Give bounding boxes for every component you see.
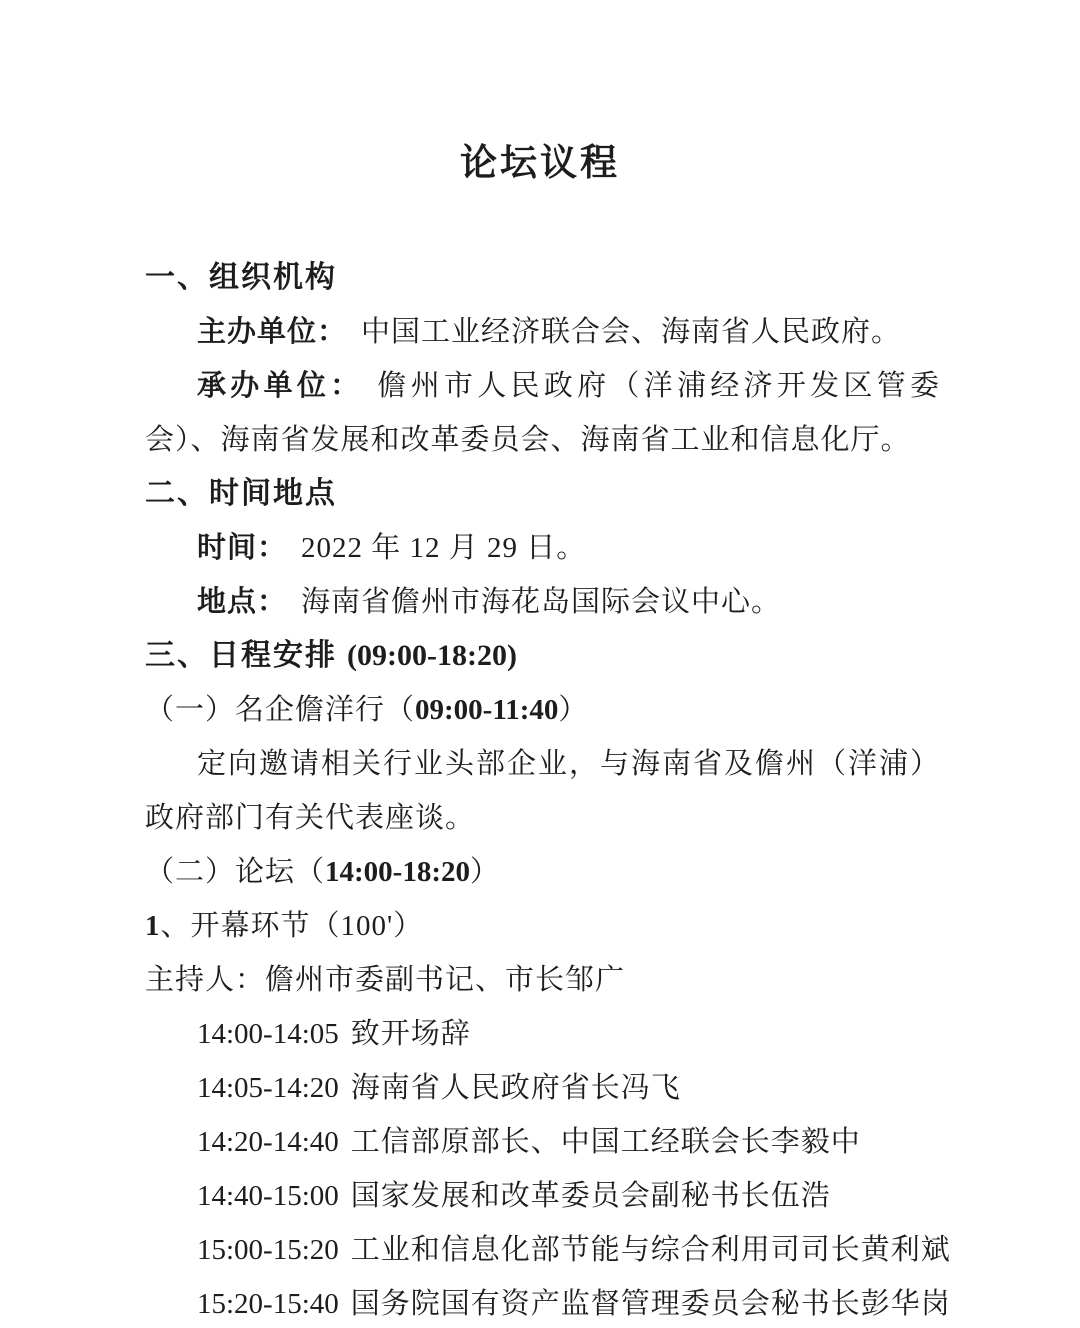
section-heading-organization: 一、组织机构 — [145, 251, 940, 305]
schedule-time: 15:20-15:40 — [197, 1288, 339, 1320]
opening-session-title: 1、开幕环节（100'） — [145, 899, 940, 953]
schedule-line: 15:20-15:40国务院国有资产监督管理委员会秘书长彭华岗 — [145, 1277, 940, 1328]
part2-label-suffix: ） — [470, 856, 500, 888]
venue-line: 地点：海南省儋州市海花岛国际会议中心。 — [145, 575, 940, 629]
part1-description: 定向邀请相关行业头部企业，与海南省及儋州（洋浦）政府部门有关代表座谈。 — [145, 737, 940, 845]
venue-label: 地点： — [197, 586, 287, 618]
schedule-line: 15:00-15:20工业和信息化部节能与综合利用司司长黄利斌 — [145, 1223, 940, 1277]
organizer-value: 中国工业经济联合会、海南省人民政府。 — [361, 316, 901, 348]
schedule-time: 14:00-14:05 — [197, 1018, 339, 1050]
part1-label-prefix: （一）名企儋洋行（ — [145, 694, 415, 726]
part1-time: 09:00-11:40 — [415, 694, 558, 726]
section-heading-agenda: 三、日程安排(09:00-18:20) — [145, 629, 940, 683]
schedule-text: 工业和信息化部节能与综合利用司司长黄利斌 — [351, 1234, 951, 1266]
organizer-label: 主办单位： — [197, 316, 347, 348]
document-page: 论坛议程 一、组织机构 主办单位：中国工业经济联合会、海南省人民政府。 承办单位… — [0, 0, 1080, 1328]
schedule-time: 14:20-14:40 — [197, 1126, 339, 1158]
co-organizer-label: 承办单位： — [197, 370, 363, 402]
schedule-line: 14:05-14:20海南省人民政府省长冯飞 — [145, 1061, 940, 1115]
host-line: 主持人：儋州市委副书记、市长邹广 — [145, 953, 940, 1007]
agenda-heading-text: 三、日程安排 — [145, 639, 337, 672]
schedule-text: 工信部原部长、中国工经联会长李毅中 — [351, 1126, 861, 1158]
schedule-line: 14:20-14:40工信部原部长、中国工经联会长李毅中 — [145, 1115, 940, 1169]
organizer-line: 主办单位：中国工业经济联合会、海南省人民政府。 — [145, 305, 940, 359]
document-body: 一、组织机构 主办单位：中国工业经济联合会、海南省人民政府。 承办单位：儋州市人… — [145, 251, 940, 1328]
co-organizer-line: 承办单位：儋州市人民政府（洋浦经济开发区管委会）、海南省发展和改革委员会、海南省… — [145, 359, 940, 467]
schedule-text: 致开场辞 — [351, 1018, 471, 1050]
schedule-line: 14:00-14:05致开场辞 — [145, 1007, 940, 1061]
part2-label-prefix: （二）论坛（ — [145, 856, 325, 888]
opening-session-text: 、开幕环节（100'） — [161, 910, 424, 942]
part1-label-suffix: ） — [558, 694, 588, 726]
host-value: 儋州市委副书记、市长邹广 — [265, 964, 625, 996]
agenda-part1-heading: （一）名企儋洋行（09:00-11:40） — [145, 683, 940, 737]
venue-value: 海南省儋州市海花岛国际会议中心。 — [301, 586, 781, 618]
section-heading-time-place: 二、时间地点 — [145, 467, 940, 521]
schedule-line: 14:40-15:00国家发展和改革委员会副秘书长伍浩 — [145, 1169, 940, 1223]
document-title: 论坛议程 — [0, 0, 1080, 182]
schedule-text: 海南省人民政府省长冯飞 — [351, 1072, 681, 1104]
agenda-part2-heading: （二）论坛（14:00-18:20） — [145, 845, 940, 899]
host-label: 主持人： — [145, 964, 265, 996]
schedule-time: 14:05-14:20 — [197, 1072, 339, 1104]
agenda-heading-time: (09:00-18:20) — [347, 639, 517, 672]
time-label: 时间： — [197, 532, 287, 564]
opening-session-number: 1 — [145, 910, 161, 942]
part2-time: 14:00-18:20 — [325, 856, 470, 888]
schedule-time: 15:00-15:20 — [197, 1234, 339, 1266]
schedule-time: 14:40-15:00 — [197, 1180, 339, 1212]
schedule-text: 国家发展和改革委员会副秘书长伍浩 — [351, 1180, 831, 1212]
time-line: 时间：2022 年 12 月 29 日。 — [145, 521, 940, 575]
time-value: 2022 年 12 月 29 日。 — [301, 532, 586, 564]
schedule-text: 国务院国有资产监督管理委员会秘书长彭华岗 — [351, 1288, 951, 1320]
